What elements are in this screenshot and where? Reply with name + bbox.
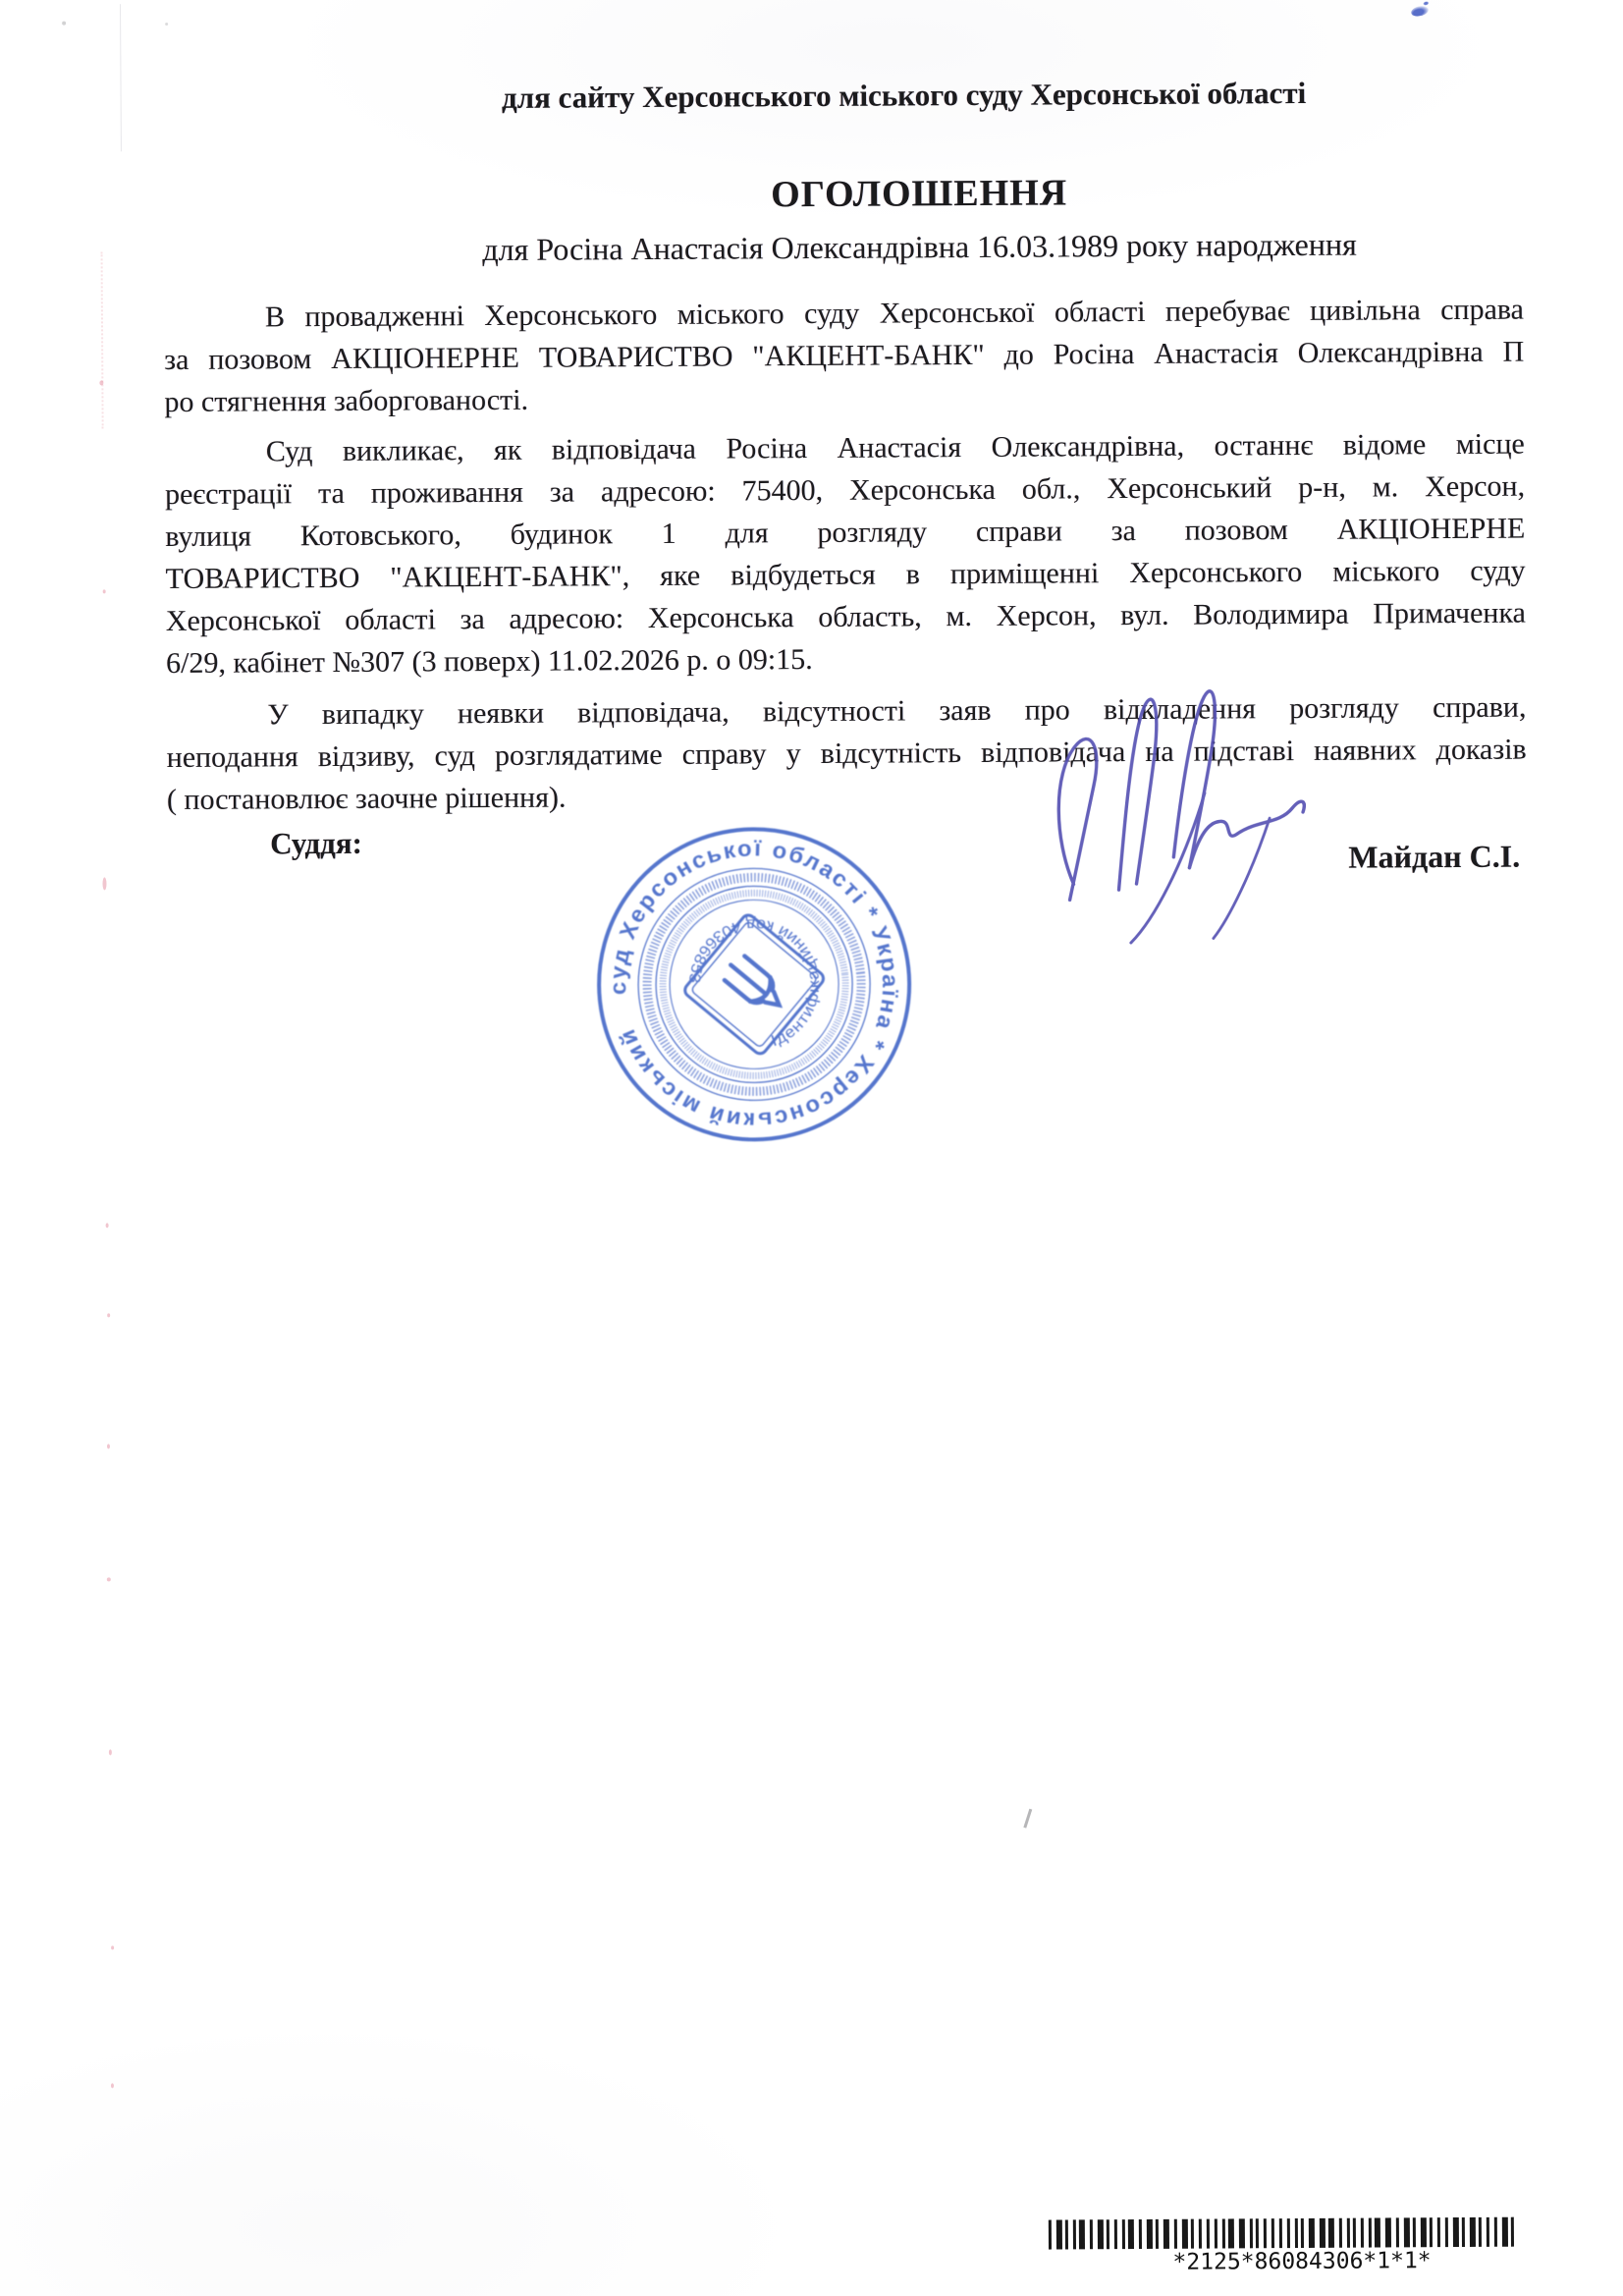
signature-strokes: [1058, 690, 1306, 943]
paragraph1-line: за позовом АКЦІОНЕРНЕ ТОВАРИСТВО "АКЦЕНТ…: [164, 331, 1524, 381]
paragraph2-line: Херсонської області за адресою: Херсонсь…: [166, 592, 1526, 642]
judge-signature: [1015, 675, 1361, 961]
scan-speck: [103, 589, 106, 593]
judge-label: Суддя:: [270, 826, 362, 862]
scan-speck: [111, 2083, 114, 2088]
site-header-line: для сайту Херсонського міського суду Хер…: [412, 75, 1394, 116]
scan-speck: [62, 22, 66, 26]
scan-speck: [111, 1945, 114, 1949]
barcode-caption: *2125*86084306*1*1*: [1049, 2247, 1555, 2275]
scan-artifact: [101, 251, 104, 428]
scan-speck: [107, 1313, 110, 1317]
paragraph1-line: ро стягнення заборгованості.: [164, 373, 1524, 423]
scanned-court-document: для сайту Херсонського міського суду Хер…: [0, 0, 1623, 2296]
scan-speck: [99, 380, 103, 385]
barcode-region: *2125*86084306*1*1*: [1049, 2216, 1555, 2276]
scan-speck: [165, 23, 168, 26]
ink-mark: [1410, 4, 1430, 18]
scan-speck: [107, 1577, 111, 1581]
court-seal-stamp: суд Херсонської області * Україна * Херс…: [572, 802, 936, 1166]
scan-speck: [107, 1444, 110, 1449]
scan-artifact: [1023, 1809, 1032, 1829]
scan-speck: [109, 1749, 112, 1755]
judge-name: Майдан С.І.: [1348, 839, 1520, 876]
barcode-icon: [1049, 2216, 1555, 2249]
trident-emblem-icon: [682, 912, 826, 1056]
scan-speck: [106, 1223, 109, 1228]
document-title: ОГОЛОШЕННЯ: [413, 169, 1425, 218]
scan-artifact: [120, 4, 122, 151]
document-content: для сайту Херсонського міського суду Хер…: [0, 0, 1623, 2296]
scan-speck: [102, 877, 106, 890]
document-subject-line: для Росіна Анастасія Олександрівна 16.03…: [413, 226, 1425, 268]
